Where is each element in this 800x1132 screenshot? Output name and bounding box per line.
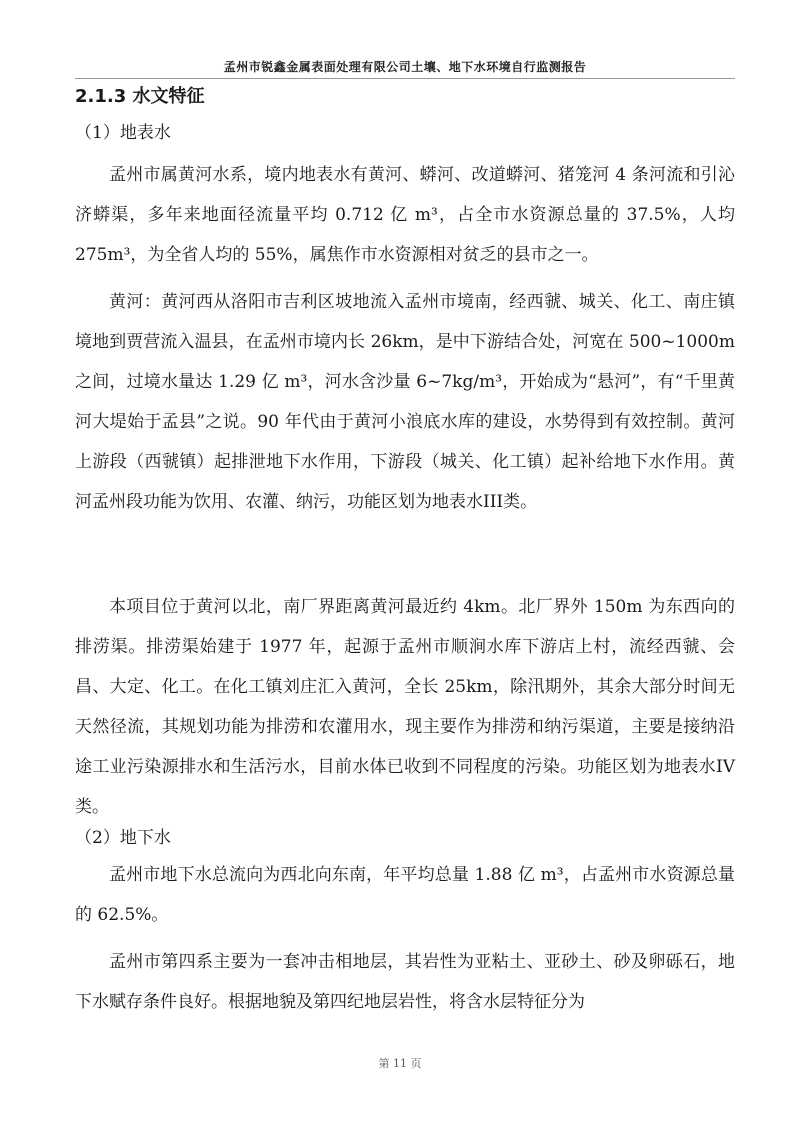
subsection-heading-surface-water: （1）地表水 — [75, 118, 171, 143]
section-heading: 2.1.3 水文特征 — [75, 82, 205, 108]
paragraph: 孟州市属黄河水系，境内地表水有黄河、蟒河、改道蟒河、猪笼河 4 条河流和引沁济蟒… — [75, 155, 735, 275]
header-rule — [75, 78, 735, 79]
page-number: 第 11 页 — [0, 1055, 800, 1071]
paragraph: 孟州市地下水总流向为西北向东南，年平均总量 1.88 亿 m³，占孟州市水资源总… — [75, 855, 735, 935]
running-header: 孟州市锐鑫金属表面处理有限公司土壤、地下水环境自行监测报告 — [75, 58, 735, 75]
paragraph: 黄河：黄河西从洛阳市吉利区坡地流入孟州市境南，经西虢、城关、化工、南庄镇境地到贾… — [75, 282, 735, 522]
subsection-heading-groundwater: （2）地下水 — [75, 823, 171, 848]
paragraph: 孟州市第四系主要为一套冲击相地层，其岩性为亚粘土、亚砂土、砂及卵砾石，地下水赋存… — [75, 942, 735, 1022]
paragraph: 本项目位于黄河以北，南厂界距离黄河最近约 4km。北厂界外 150m 为东西向的… — [75, 587, 735, 827]
